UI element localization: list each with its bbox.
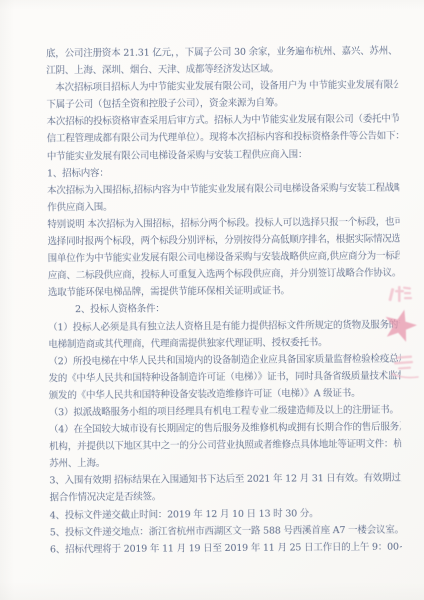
text-line-24: 机构，并提供以下地区其中之一的分公司营业执照或者维修点具体地址等证明文件：杭州、 [49, 436, 401, 456]
document-text: 底，公司注册资本 21.31 亿元，，下属子公司 30 余家，业务遍布杭州、嘉兴… [46, 43, 402, 559]
text-line-6: 信工程管理成都有限公司为代理单位）。现将本次招标内容和投标资格条件等公告如下： [47, 128, 399, 148]
text-line-17: （1）投标人必须是具有独立法人资格且是有能力提供招标文件所规定的货物及服务的专业 [48, 316, 400, 336]
scanned-page: 底，公司注册资本 21.31 亿元，，下属子公司 30 余家，业务遍布杭州、嘉兴… [0, 0, 424, 600]
text-line-26: 3、入围有效期 招标结果在入围通知书下达后至 2021 年 12 月 31 日有… [49, 470, 401, 490]
text-line-1: 底，公司注册资本 21.31 亿元，，下属子公司 30 余家，业务遍布杭州、嘉兴… [46, 43, 398, 63]
text-line-9: 本次招标为入围招标,招标内容为中节能实业发展有限公司电梯设备采购与安装工程战略合 [47, 179, 399, 199]
text-line-30: 6、招标代理将于 2019 年 11 月 19 日至 2019 年 11 月 2… [50, 538, 402, 558]
text-line-14: 应商、二标段供应商，投标人可重复入选两个标段供应商，并分别签订战略合作协议。优先 [48, 265, 400, 285]
text-line-3: 本次招标项目招标人为中节能实业发展有限公司，设备用户为 中节能实业发展有限公司 [46, 77, 398, 97]
